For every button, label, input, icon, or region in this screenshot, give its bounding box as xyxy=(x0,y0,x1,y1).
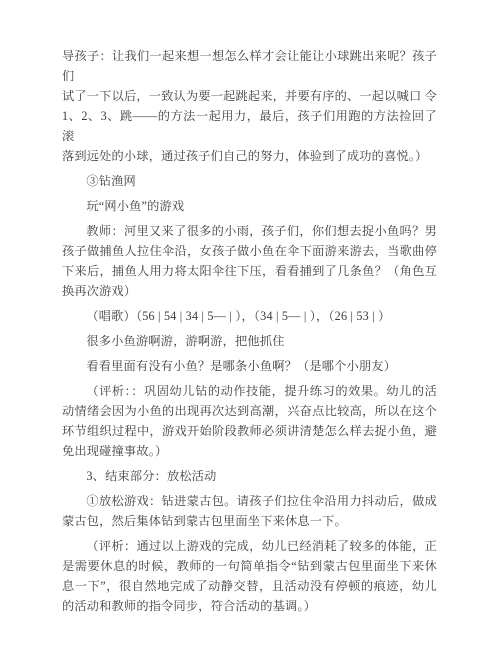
text-line: 蒙古包，然后集体钻到蒙古包里面坐下来休息一下。 xyxy=(62,511,437,531)
text-line: 玩“网小鱼”的游戏 xyxy=(62,196,437,216)
text-line: 导孩子：让我们一起来想一想怎么样才会让能让小球跳出来呢？孩子 们 xyxy=(62,46,437,86)
text-line: 很多小鱼游啊游，游啊游，把他抓住 xyxy=(62,331,437,351)
paragraph: ③钻渔网 xyxy=(62,171,437,191)
text-line: 环节组织过程中，游戏开始阶段教师必须讲清楚怎么样去捉小鱼，避 xyxy=(62,421,437,441)
text-line: ③钻渔网 xyxy=(62,171,437,191)
text-line: （唱歌）（56 | 54 | 34 | 5— | ），（34 | 5— | ），… xyxy=(62,306,437,326)
text-line: 试了一下以后，一致认为要一起跳起来，并要有序的、一起以喊口 令 xyxy=(62,86,437,106)
text-line: （评析：：巩固幼儿钻的动作技能，提升练习的效果。幼儿的活 xyxy=(62,381,437,401)
paragraph: 很多小鱼游啊游，游啊游，把他抓住 xyxy=(62,331,437,351)
paragraph: 导孩子：让我们一起来想一想怎么样才会让能让小球跳出来呢？孩子 们试了一下以后，一… xyxy=(62,46,437,166)
text-line: ①放松游戏：钻进蒙古包。请孩子们拉住伞沿用力抖动后，做成 xyxy=(62,491,437,511)
paragraph: （唱歌）（56 | 54 | 34 | 5— | ），（34 | 5— | ），… xyxy=(62,306,437,326)
document-body: 导孩子：让我们一起来想一想怎么样才会让能让小球跳出来呢？孩子 们试了一下以后，一… xyxy=(0,0,500,616)
text-line: 孩子做捕鱼人拉住伞沿，女孩子做小鱼在伞下面游来游去，当歌曲停 xyxy=(62,241,437,261)
text-line: 息一下”，很自然地完成了动静交替，且活动没有停顿的痕迹，幼儿 xyxy=(62,576,437,596)
paragraph: ①放松游戏：钻进蒙古包。请孩子们拉住伞沿用力抖动后，做成蒙古包，然后集体钻到蒙古… xyxy=(62,491,437,531)
text-line: 免出现碰撞事故。） xyxy=(62,441,437,461)
text-line: 教师：河里又来了很多的小雨，孩子们，你们想去捉小鱼吗？男 xyxy=(62,221,437,241)
text-line: 动情绪会因为小鱼的出现再次达到高潮，兴奋点比较高，所以在这个 xyxy=(62,401,437,421)
paragraph: 玩“网小鱼”的游戏 xyxy=(62,196,437,216)
text-line: 是需要休息的时候，教师的一句简单指令“钻到蒙古包里面坐下来休 xyxy=(62,556,437,576)
text-line: 落到远处的小球，通过孩子们自己的努力，体验到了成功的喜悦。） xyxy=(62,146,437,166)
paragraph: 教师：河里又来了很多的小雨，孩子们，你们想去捉小鱼吗？男孩子做捕鱼人拉住伞沿，女… xyxy=(62,221,437,301)
text-line: 的活动和教师的指令同步，符合活动的基调。） xyxy=(62,596,437,616)
paragraph: 3、结束部分：放松活动 xyxy=(62,466,437,486)
paragraph: （评析：：巩固幼儿钻的动作技能，提升练习的效果。幼儿的活动情绪会因为小鱼的出现再… xyxy=(62,381,437,461)
paragraph: （评析：通过以上游戏的完成，幼儿已经消耗了较多的体能，正是需要休息的时候，教师的… xyxy=(62,536,437,616)
text-line: 下来后，捕鱼人用力将太阳伞往下压，看看捕到了几条鱼？（角色互 xyxy=(62,261,437,281)
document-page: 导孩子：让我们一起来想一想怎么样才会让能让小球跳出来呢？孩子 们试了一下以后，一… xyxy=(0,0,500,647)
text-line: 1、2、3、跳——的方法一起用力，最后，孩子们用跑的方法捡回了 滚 xyxy=(62,106,437,146)
paragraph: 看看里面有没有小鱼？是哪条小鱼啊？（是哪个小朋友） xyxy=(62,356,437,376)
text-line: 看看里面有没有小鱼？是哪条小鱼啊？（是哪个小朋友） xyxy=(62,356,437,376)
text-line: （评析：通过以上游戏的完成，幼儿已经消耗了较多的体能，正 xyxy=(62,536,437,556)
text-line: 换再次游戏） xyxy=(62,281,437,301)
text-line: 3、结束部分：放松活动 xyxy=(62,466,437,486)
